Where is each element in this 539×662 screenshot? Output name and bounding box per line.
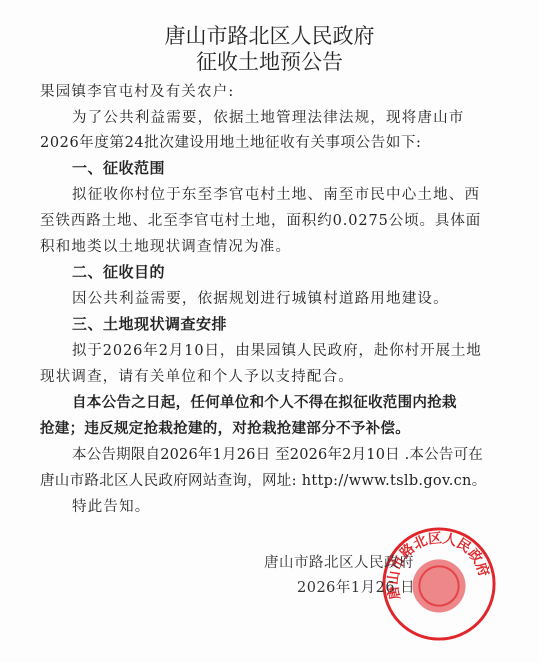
document-title-line2: 征收土地预公告 xyxy=(0,46,539,76)
intro-line-1: 为了公共利益需要，依据土地管理法律法规，现将唐山市 xyxy=(72,106,465,127)
section-2-line-1: 因公共利益需要，依据规划进行城镇村道路用地建设。 xyxy=(72,287,449,308)
period-line-1: 本公告期限自2026年1月26日 至2026年2月10日 .本公告可在 xyxy=(72,443,483,464)
section-1-line-3: 积和地类以土地现状调查情况为准。 xyxy=(40,235,291,256)
addressee: 果园镇李官屯村及有关农户: xyxy=(40,80,234,101)
intro-line-2: 2026年度第24批次建设用地土地征收有关事项公告如下: xyxy=(40,131,422,152)
section-1-line-2: 至铁西路土地、北至李官屯村土地，面积约0.0275公顷。具体面 xyxy=(40,209,481,230)
signature-date: 2026年1月26 日 xyxy=(297,576,415,597)
section-3-line-1: 拟于2026年2月10日，由果园镇人民政府，赴你村开展土地 xyxy=(72,339,482,360)
warning-line-2: 抢建；违反规定抢栽抢建的，对抢栽抢建部分不予补偿。 xyxy=(40,417,410,438)
warning-line-1: 自本公告之日起，任何单位和个人不得在拟征收范围内抢栽 xyxy=(72,391,457,412)
signature: 唐山市路北区人民政府 xyxy=(264,551,414,572)
section-2-heading: 二、征收目的 xyxy=(72,261,165,282)
section-3-heading: 三、土地现状调查安排 xyxy=(72,313,227,334)
section-1-heading: 一、征收范围 xyxy=(72,157,165,178)
section-1-line-1: 拟征收你村位于东至李官屯村土地、南至市民中心土地、西 xyxy=(72,183,480,204)
closing-text: 特此告知。 xyxy=(72,495,151,516)
section-3-line-2: 现状调查，请有关单位和个人予以支持配合。 xyxy=(40,365,354,386)
period-line-2: 唐山市路北区人民政府网站查询，网址: http://www.tslb.gov.c… xyxy=(40,469,487,490)
